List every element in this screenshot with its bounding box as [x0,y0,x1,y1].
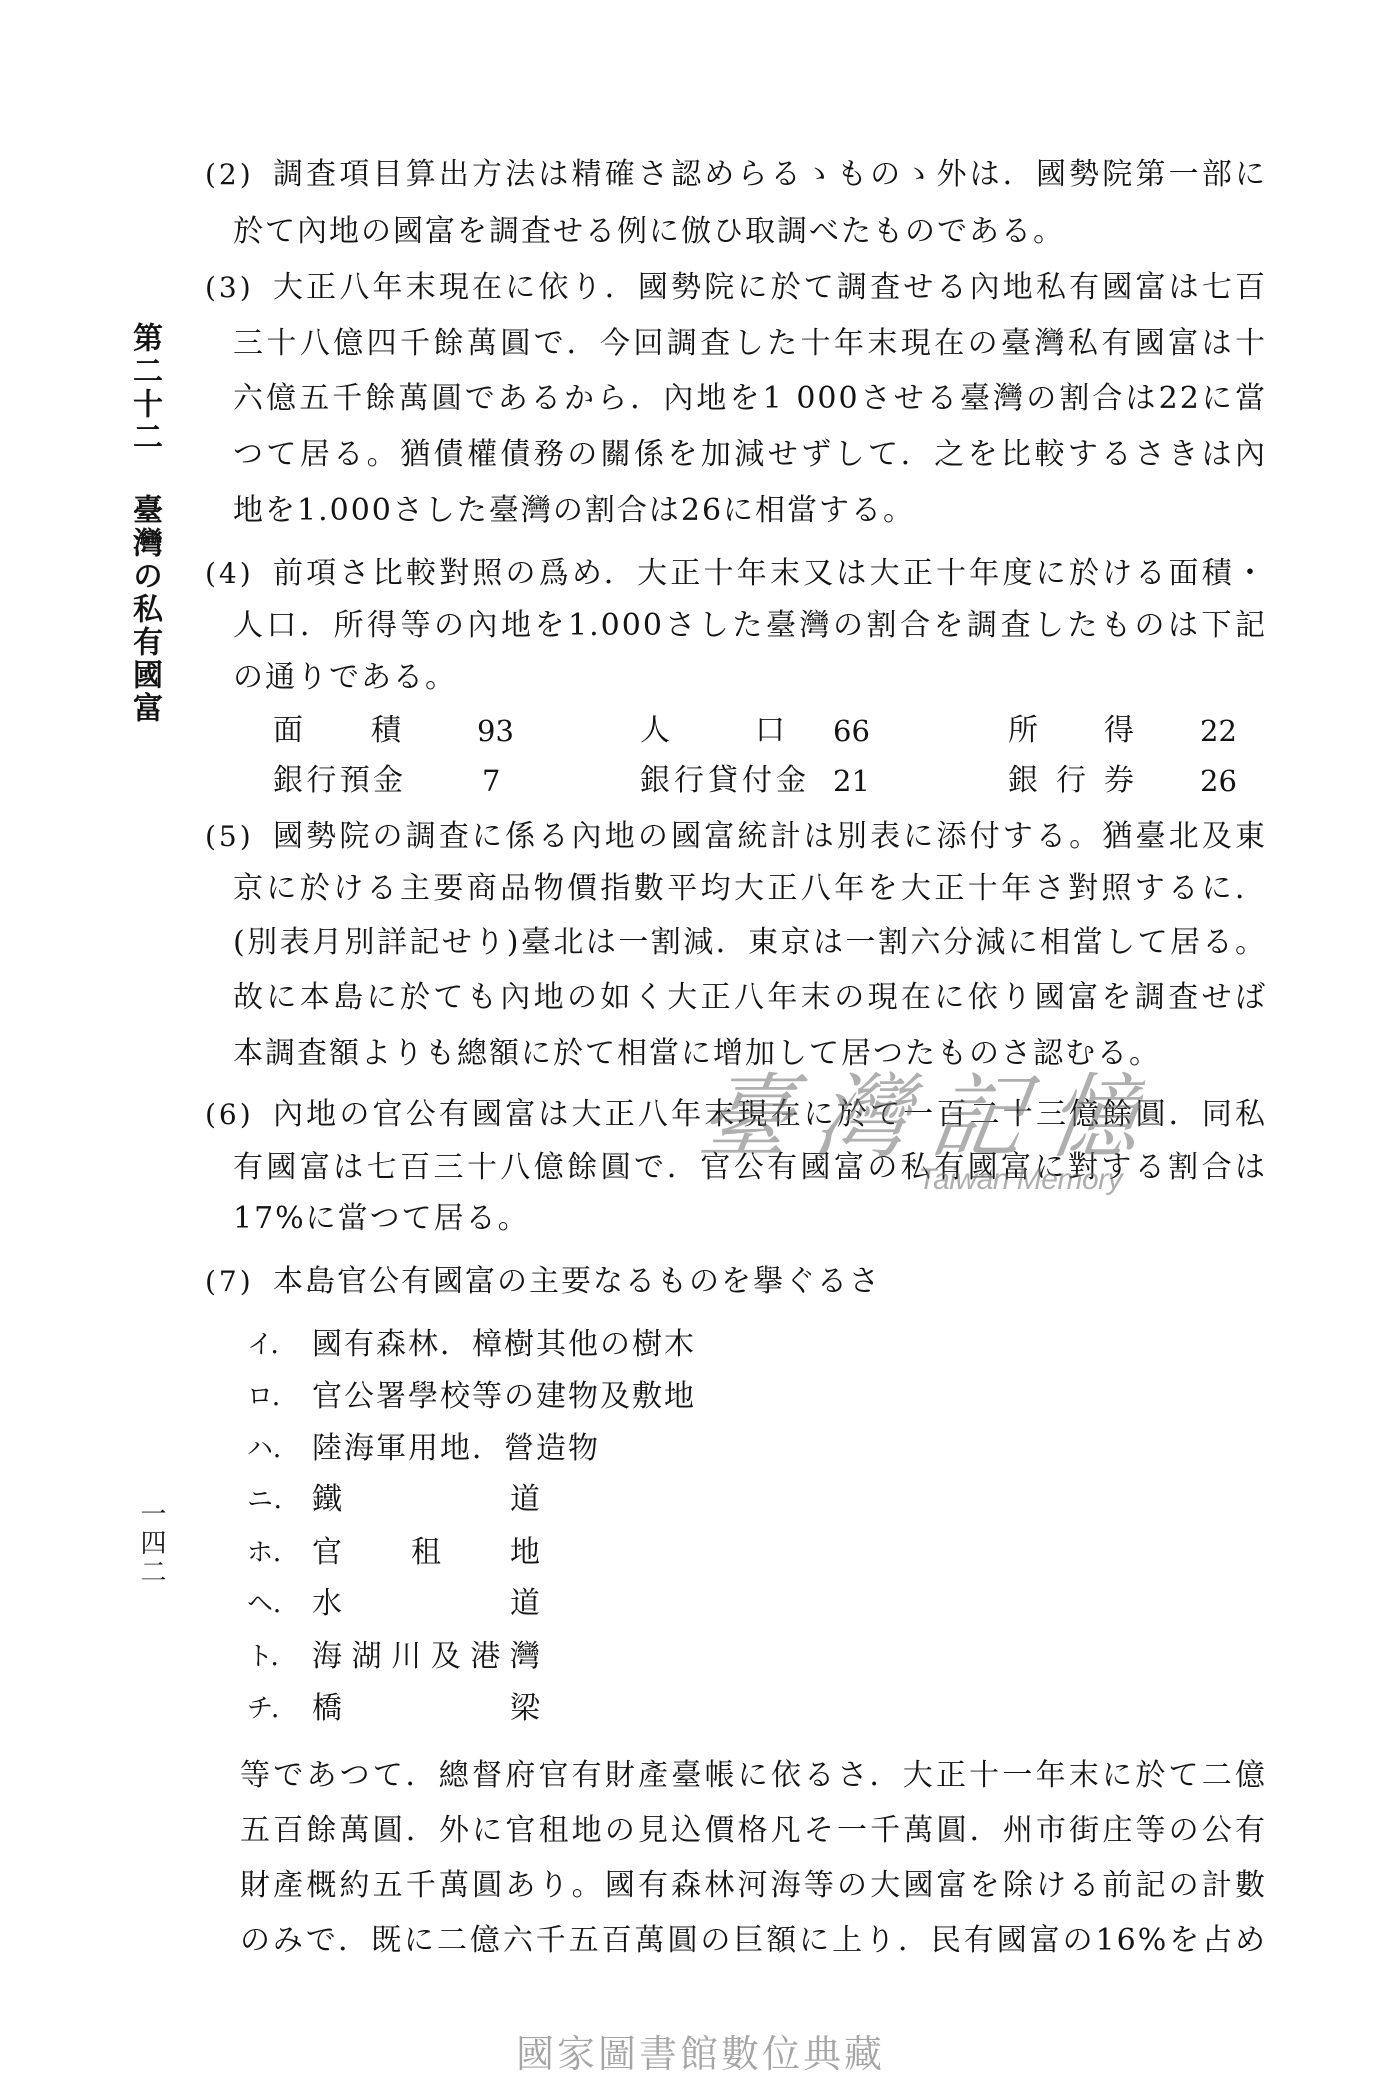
note-line: 調査項目算出方法は精確さ認めらるゝものゝ外は．國勢院第一部に [273,155,1267,195]
note-line: つて居る。猶債權債務の關係を加減せずして．之を比較するさきは內 [233,435,1267,475]
note-line: 故に本島に於ても內地の如く大正八年末の現在に依り國富を調査せば [233,978,1267,1018]
closing-line: 財產概約五千萬圓あり。國有森林河海等の大國富を除ける前記の計數 [240,1866,1267,1906]
table-cell-value: 26 [1200,761,1237,801]
list-item-marker: ハ． [247,1429,299,1469]
note-line: 三十八億四千餘萬圓で．今回調査した十年末現在の臺灣私有國富は十 [233,324,1267,364]
note-line: 人口．所得等の內地を1.000さした臺灣の割合を調査したものは下記 [233,606,1267,646]
note-marker: (6) [205,1095,254,1135]
closing-line: のみで．既に二億六千五百萬圓の巨額に上り．民有國富の16%を占め [240,1921,1267,1961]
note-line: 六億五千餘萬圓であるから．內地を1 000させる臺灣の割合は22に當 [233,379,1267,419]
table-cell-value: 66 [833,711,870,751]
table-cell-value: 7 [482,761,500,801]
book-page: 第二十二 臺灣の私有國富 一四二 (2) 調査項目算出方法は精確さ認めらるゝもの… [0,0,1400,2100]
closing-line: 等であつて．總督府官有財產臺帳に依るさ．大正十一年末に於て二億 [240,1756,1267,1796]
note-line: の通りである。 [233,658,1267,698]
taiwan-memory-watermark: 臺灣記憶 [693,1066,1148,1170]
page-number: 一四二 [136,1500,166,1587]
table-cell-label: 銀行券 [1008,761,1134,801]
table-cell-value: 22 [1200,711,1237,751]
table-cell-value: 93 [477,711,514,751]
table-cell-label: 銀行預金 [273,761,403,801]
note-line: 本島官公有國富の主要なるものを擧ぐるさ [273,1262,1267,1302]
table-cell-label: 銀行貸付金 [640,761,806,801]
note-line: 前項さ比較對照の爲め．大正十年末又は大正十年度に於ける面積・ [273,554,1267,594]
running-head-title: 臺灣の私有國富 [128,494,160,725]
note-line: 京に於ける主要商品物價指數平均大正八年を大正十年さ對照するに． [233,869,1267,909]
running-head-chapter: 第二十二 [128,322,160,454]
table-cell-label: 面積 [273,711,401,751]
note-line: 17%に當つて居る。 [233,1199,1267,1239]
table-cell-label: 所得 [1008,711,1134,751]
table-cell-value: 21 [833,761,870,801]
table-cell-label: 人口 [640,711,785,751]
list-item: 國有森林．樟樹其他の樹木 [312,1325,696,1365]
list-item: 陸海軍用地．營造物 [312,1429,600,1469]
note-line: 國勢院の調査に係る內地の國富統計は別表に添付する。猶臺北及東 [273,817,1267,857]
note-line: 地を1.000さした臺灣の割合は26に相當する。 [233,491,1267,531]
note-marker: (2) [205,155,254,195]
list-item-marker: ヘ． [247,1584,299,1624]
list-item-marker: ニ． [247,1480,300,1520]
note-marker: (7) [205,1262,254,1302]
list-item: 官租地 [312,1533,540,1573]
library-footer: 國家圖書館數位典藏 [516,2030,882,2078]
note-marker: (3) [205,268,254,308]
list-item: 橋梁 [312,1689,540,1729]
list-item-marker: ロ． [247,1377,298,1417]
note-line: (別表月別詳記せり)臺北は一割減．東京は一割六分減に相當して居る。 [233,923,1267,963]
note-marker: (5) [205,817,254,857]
list-item: 官公署學校等の建物及敷地 [312,1377,696,1417]
list-item-marker: チ． [247,1689,297,1729]
note-line: 大正八年末現在に依り．國勢院に於て調査せる內地私有國富は七百 [273,268,1267,308]
list-item: 海湖川及港灣 [312,1637,540,1677]
taiwan-memory-watermark-subtitle: Taiwan Memory [918,1163,1122,1197]
closing-line: 五百餘萬圓．外に官租地の見込價格凡そ一千萬圓．州市街庄等の公有 [240,1811,1267,1851]
list-item-marker: イ． [247,1325,297,1365]
list-item-marker: ホ． [247,1533,299,1573]
note-line: 於て內地の國富を調査せる例に倣ひ取調べたものである。 [233,212,1267,252]
list-item: 水道 [312,1584,540,1624]
list-item-marker: ト． [247,1637,297,1677]
note-marker: (4) [205,554,254,594]
list-item: 鐵道 [312,1480,540,1520]
